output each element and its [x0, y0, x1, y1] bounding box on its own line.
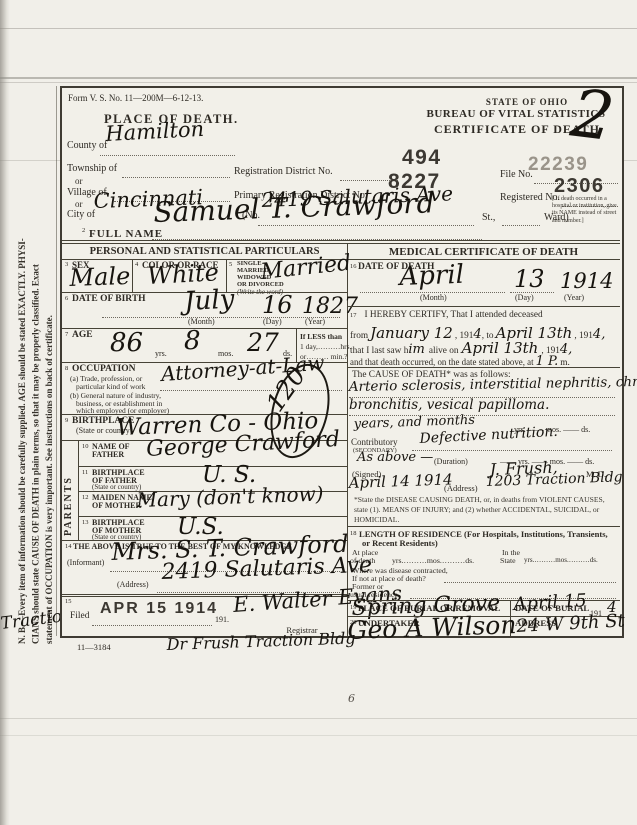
date-of-birth-label: DATE OF BIRTH: [72, 294, 146, 304]
day-sublabel: (Day): [515, 293, 534, 302]
field-number: 17: [350, 312, 357, 319]
rule: [62, 328, 347, 329]
field-number: 7: [65, 331, 68, 338]
duration-label: (Duration): [434, 457, 468, 466]
less-than-note: 1 day,………hrs.: [300, 342, 351, 351]
county-label: County of: [67, 140, 107, 151]
field-number: 5: [229, 261, 232, 268]
dotted-line: [444, 581, 616, 583]
filed-year-label: 191.: [215, 615, 229, 624]
father-birthplace-hint: (State or country): [92, 483, 141, 491]
death-year-value: 1914: [560, 269, 613, 293]
scan-artifact-line: [0, 77, 637, 79]
at-place-label: of death: [350, 556, 375, 565]
rule: [62, 240, 620, 241]
field-number: 13: [82, 519, 89, 526]
dotted-line: [122, 176, 230, 178]
age-label: AGE: [72, 330, 93, 340]
age-years-value: 86: [110, 328, 143, 358]
residence-units: yrs.………mos.………ds.: [392, 556, 474, 565]
death-day-value: 13: [514, 265, 545, 293]
field-number: 16: [350, 263, 357, 270]
field-number: 15: [65, 598, 72, 605]
mother-name-value: Mary (don't know): [136, 481, 324, 512]
file-number-stamp: 22239: [528, 154, 588, 176]
handwritten-bottom-mark: 6: [348, 692, 355, 705]
scan-artifact-line: [0, 718, 637, 719]
undertaker-address-value: 24 W 9th St: [516, 610, 625, 637]
less-than-note: If LESS than: [300, 332, 342, 341]
birth-month-value: July: [183, 284, 235, 317]
year-sublabel: (Year): [564, 293, 584, 302]
occupation-label: OCCUPATION: [72, 364, 136, 374]
certify-text: I HEREBY CERTIFY, That I attended deceas…: [365, 310, 543, 320]
occupation-a-label: particular kind of work: [76, 382, 145, 391]
st-label: St.,: [482, 212, 495, 223]
rule: [62, 243, 620, 244]
margin-instructions: N. B.—Every item of information should b…: [16, 96, 60, 644]
registration-district-number-stamp: 494: [402, 146, 442, 170]
or-label: or: [75, 199, 83, 209]
page-edge-shadow: [0, 0, 10, 825]
filed-date-stamp: APR 15 1914: [100, 600, 218, 618]
or-label: or: [75, 176, 83, 186]
dotted-line: [502, 224, 540, 226]
margin-instructions-line: CIANS should state CAUSE OF DEATH in pla…: [30, 96, 44, 644]
month-sublabel: (Month): [188, 317, 215, 326]
contributory-label: Contributory: [351, 437, 398, 447]
in-state-label: State: [500, 556, 516, 565]
margin-instructions-line: N. B.—Every item of information should b…: [16, 96, 30, 644]
cell-divider: [132, 259, 133, 292]
year-digit-value: 4,: [593, 327, 605, 342]
county-value: Hamilton: [105, 117, 205, 146]
informant-address-label: (Address): [117, 580, 149, 589]
scan-artifact-line: [0, 28, 637, 29]
handwritten-flourish: 2: [567, 75, 618, 157]
father-name-label: FATHER: [92, 450, 124, 459]
field-number: 11: [82, 469, 88, 476]
margin-instructions-line: statement of OCCUPATION is very importan…: [43, 96, 57, 644]
rule: [347, 306, 620, 307]
form-number: Form V. S. No. 11—200M—6-12-13.: [68, 93, 203, 103]
rule: [347, 367, 620, 368]
township-label: Township of: [67, 163, 117, 174]
rule: [347, 526, 620, 527]
filed-label: Filed: [70, 611, 90, 621]
field-number: 6: [65, 295, 68, 302]
marital-option: SINGLE: [237, 260, 262, 267]
death-month-value: April: [399, 260, 464, 292]
dotted-line: [100, 154, 235, 156]
scan-artifact-line: [0, 735, 637, 736]
cause-footnote: *State the DISEASE CAUSING DEATH, or, in…: [354, 495, 616, 525]
hospital-note: [ If death occurred in a hospital or ins…: [552, 196, 620, 225]
certify-line-1: 17 I HEREBY CERTIFY, That I attended dec…: [350, 310, 543, 320]
field-number: 4: [135, 261, 138, 268]
certificate-date-value: April 14 1914: [348, 470, 453, 492]
physician-address-value: 1203 Traction Bldg: [485, 469, 622, 490]
date-of-burial-value: April 15: [513, 590, 587, 615]
field-number: 18: [350, 530, 357, 537]
age-months-value: 8: [184, 326, 201, 356]
informant-label: (Informant): [67, 558, 104, 567]
dotted-line: [412, 449, 612, 451]
field-number: 14: [65, 543, 72, 550]
certify-text: and that death occurred, on the date sta…: [350, 357, 534, 367]
certify-text: , 191: [574, 331, 593, 341]
cause-of-death-value: bronchitis, vesical papilloma.: [349, 397, 549, 413]
dotted-line: [92, 624, 212, 626]
length-of-residence-label: or Recent Residents): [362, 538, 438, 548]
dotted-line: [258, 224, 474, 226]
field-number: 2: [82, 227, 85, 234]
day-sublabel: (Day): [263, 317, 282, 326]
month-sublabel: (Month): [420, 293, 447, 302]
registered-number-stamp: 2306: [554, 175, 605, 198]
death-certificate-scan: N. B.—Every item of information should b…: [0, 0, 637, 825]
birth-day-value: 16: [262, 291, 293, 319]
registration-district-label: Registration District No.: [234, 166, 333, 177]
undertaker-name-value: Geo A Wilson: [347, 610, 517, 645]
field-number: 12: [82, 494, 89, 501]
scan-artifact-line: [0, 82, 637, 83]
physician-address-label: (Address): [444, 483, 478, 493]
field-number: 3: [65, 261, 68, 268]
certificate-form: Form V. S. No. 11—200M—6-12-13. STATE OF…: [60, 86, 624, 638]
city-label: City of: [67, 209, 95, 220]
cell-divider: [78, 440, 79, 540]
field-number: 9: [65, 417, 68, 424]
age-days-value: 27: [247, 328, 279, 357]
field-number: 8: [65, 365, 68, 372]
year-sublabel: (Year): [305, 317, 325, 326]
medical-section-title: MEDICAL CERTIFICATE OF DEATH: [347, 246, 620, 258]
form-footer-number: 11—3184: [77, 642, 111, 652]
mother-name-label: OF MOTHER: [92, 501, 141, 510]
parents-section-label: PARENTS: [63, 446, 74, 536]
field-number: 10: [82, 443, 89, 450]
residence-units: yrs.………mos.………ds.: [524, 556, 598, 564]
yrs-label: yrs.: [155, 349, 167, 358]
sex-value: Male: [69, 262, 131, 292]
registered-no-label: Registered No.: [500, 192, 560, 203]
as-above-value: As above —: [357, 450, 433, 465]
handwritten-footer-note: Dr Frush Traction Bldg: [166, 628, 356, 654]
